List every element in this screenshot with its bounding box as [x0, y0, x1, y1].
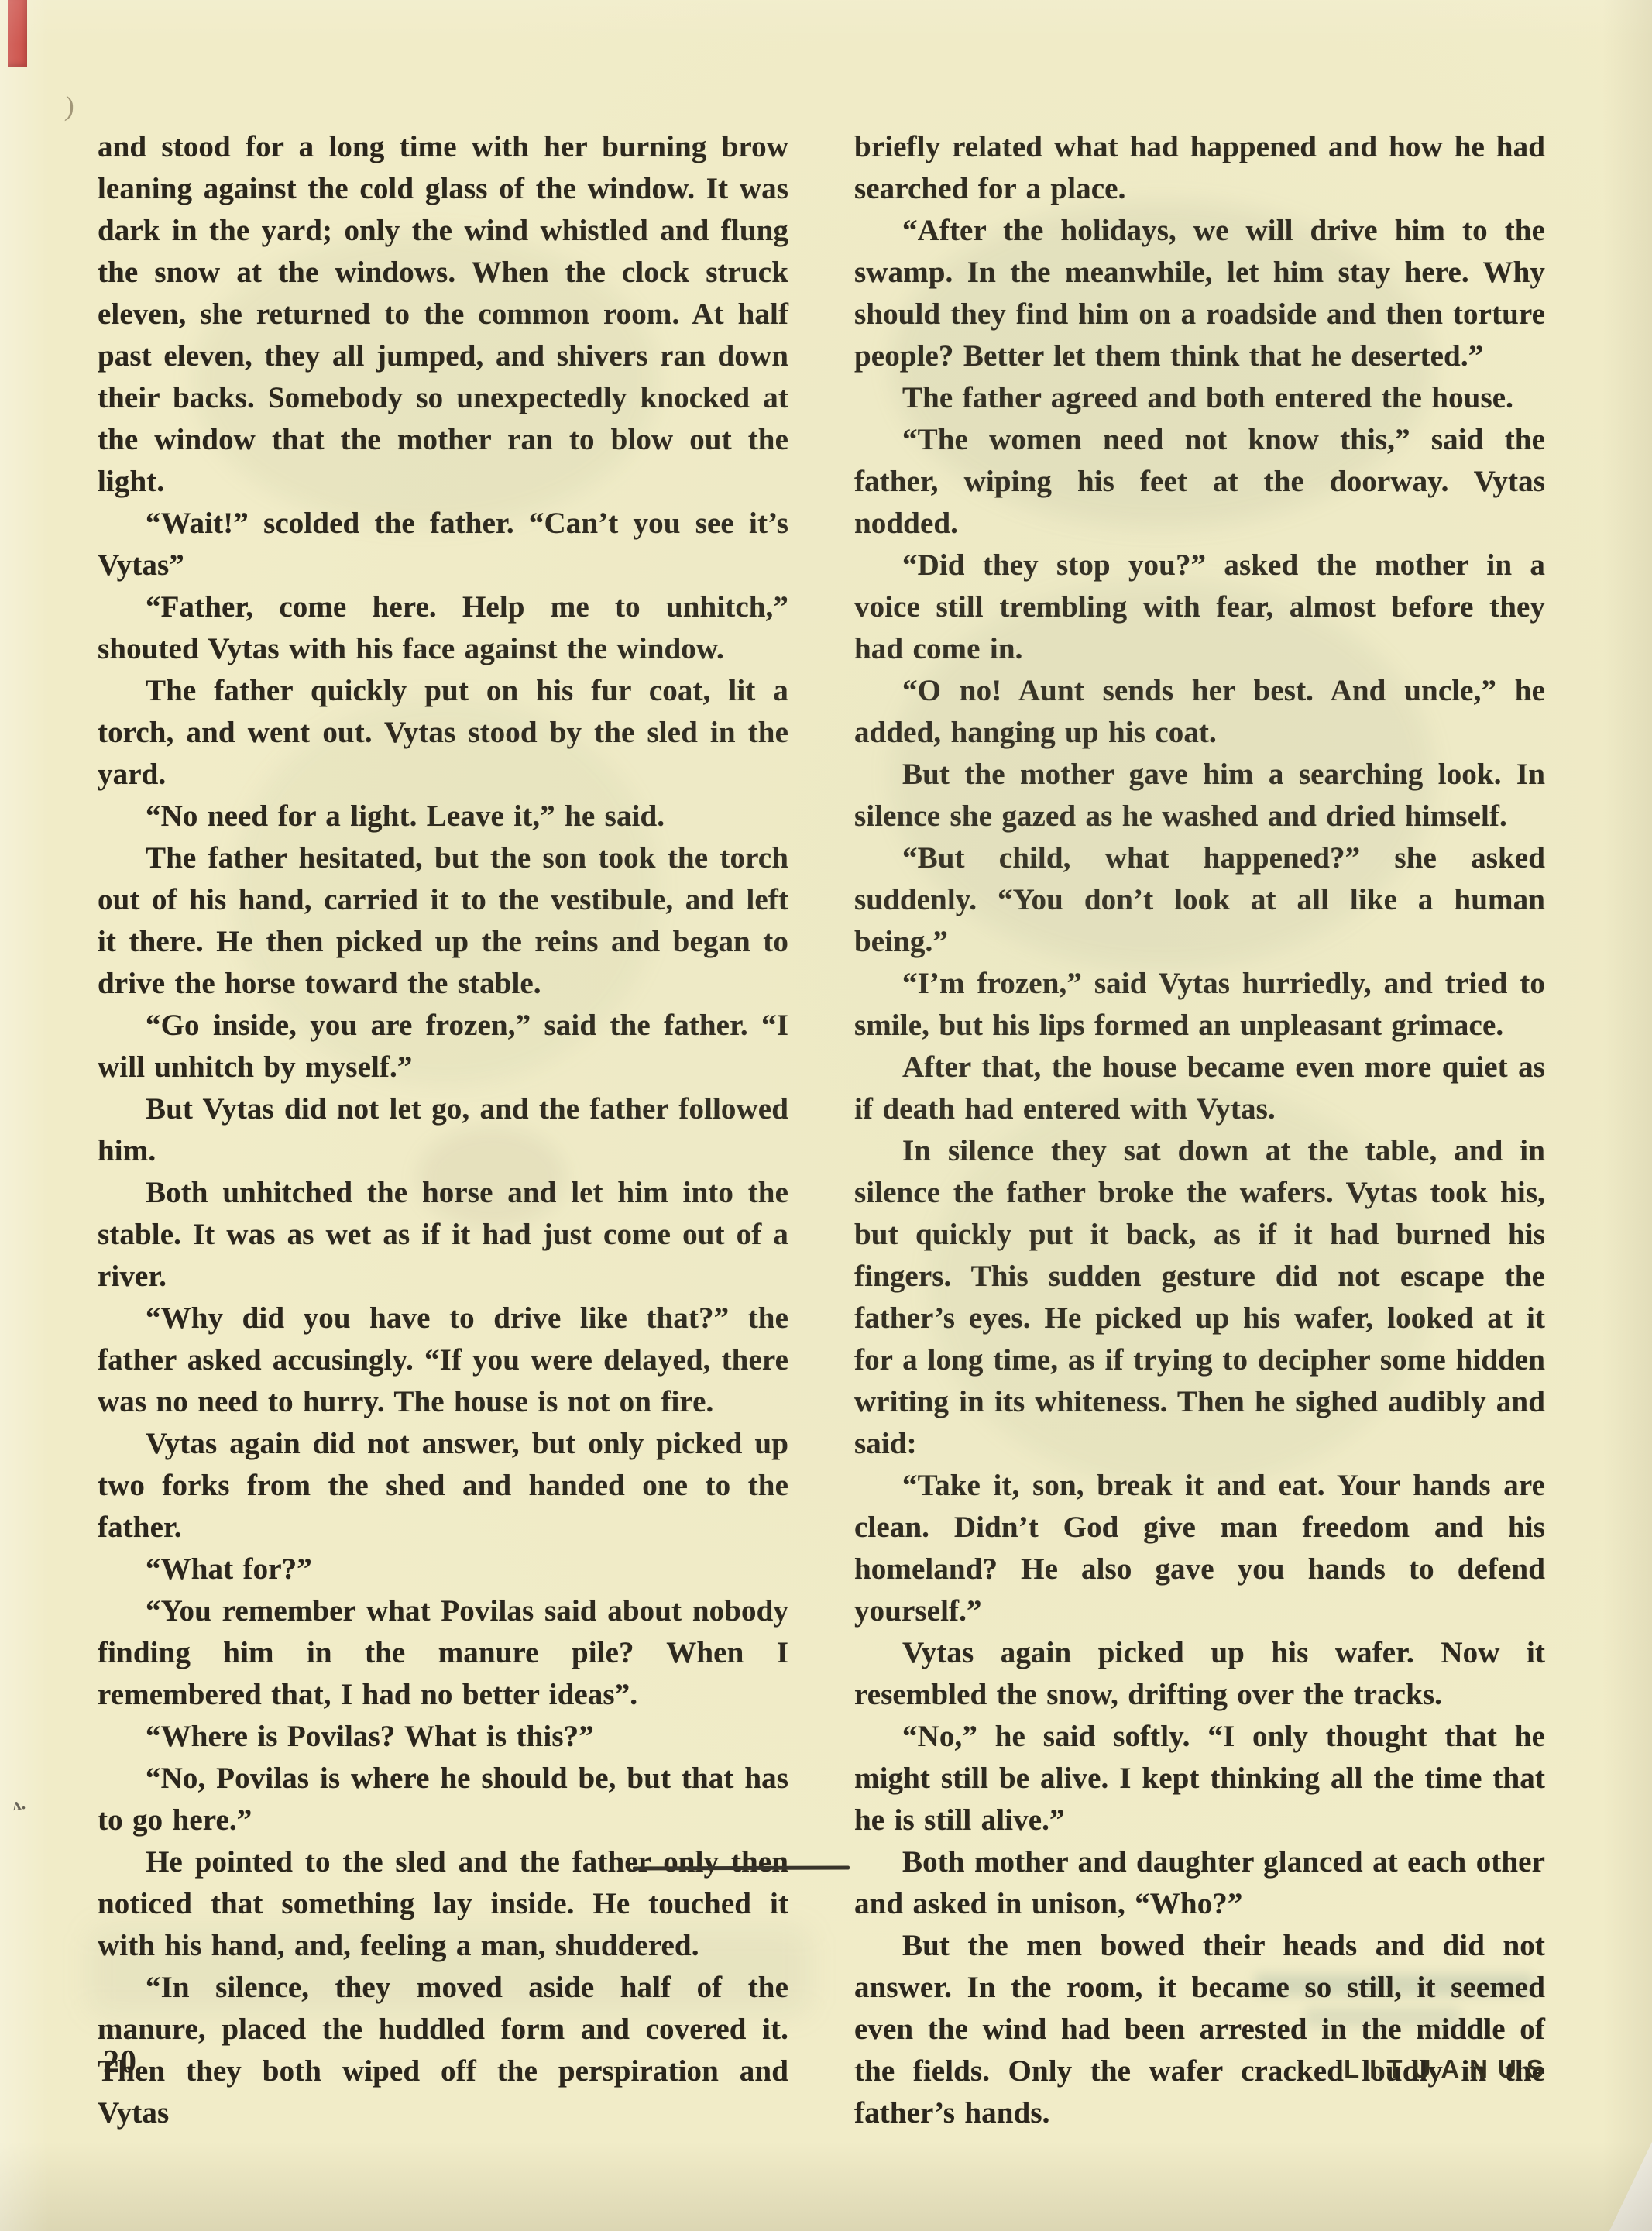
paragraph: The father hesitated, but the son took t… — [98, 837, 788, 1005]
paragraph: The father agreed and both entered the h… — [854, 377, 1545, 419]
paragraph: “Where is Povilas? What is this?” — [98, 1716, 788, 1758]
scanned-page: ) and stood for a long time with her bur… — [0, 0, 1652, 2231]
paragraph: “Go inside, you are frozen,” said the fa… — [98, 1005, 788, 1088]
paragraph: But Vytas did not let go, and the father… — [98, 1088, 788, 1172]
paragraph: The father quickly put on his fur coat, … — [98, 670, 788, 796]
section-divider-rule — [633, 1866, 850, 1871]
paragraph: “Why did you have to drive like that?” t… — [98, 1298, 788, 1423]
paragraph: “Did they stop you?” asked the mother in… — [854, 545, 1545, 670]
paragraph: “But child, what happened?” she asked su… — [854, 837, 1545, 963]
pen-mark: ) — [64, 90, 76, 123]
paragraph: “Take it, son, break it and eat. Your ha… — [854, 1465, 1545, 1632]
paragraph: Vytas again did not answer, but only pic… — [98, 1423, 788, 1549]
paragraph: “What for?” — [98, 1549, 788, 1590]
paragraph: He pointed to the sled and the father on… — [98, 1841, 788, 1967]
margin-stray-mark: ʌ. — [11, 1793, 26, 1815]
paragraph: But the men bowed their heads and did no… — [854, 1925, 1545, 2134]
paragraph: and stood for a long time with her burni… — [98, 126, 788, 503]
paragraph: “No,” he said softly. “I only thought th… — [854, 1716, 1545, 1841]
paragraph: But the mother gave him a searching look… — [854, 754, 1545, 837]
journal-title: LITUANUS — [1344, 2054, 1554, 2084]
paragraph: “Wait!” scolded the father. “Can’t you s… — [98, 503, 788, 586]
right-text-column: briefly related what had happened and ho… — [854, 126, 1545, 2134]
paragraph: briefly related what had happened and ho… — [854, 126, 1545, 210]
paragraph: “I’m frozen,” said Vytas hurriedly, and … — [854, 963, 1545, 1047]
paragraph: “After the holidays, we will drive him t… — [854, 210, 1545, 377]
paragraph: “You remember what Povilas said about no… — [98, 1590, 788, 1716]
paragraph: “The women need not know this,” said the… — [854, 419, 1545, 545]
paragraph: Both unhitched the horse and let him int… — [98, 1172, 788, 1298]
page-corner-tear — [1609, 2142, 1652, 2231]
paragraph: After that, the house became even more q… — [854, 1047, 1545, 1130]
left-text-column: and stood for a long time with her burni… — [98, 126, 788, 2134]
paragraph: Vytas again picked up his wafer. Now it … — [854, 1632, 1545, 1716]
paragraph: “No need for a light. Leave it,” he said… — [98, 796, 788, 837]
paragraph: In silence they sat down at the table, a… — [854, 1130, 1545, 1465]
paragraph: “No, Povilas is where he should be, but … — [98, 1758, 788, 1841]
paragraph: “Father, come here. Help me to unhitch,”… — [98, 586, 788, 670]
page-number: 20 — [103, 2044, 137, 2081]
red-bookmark-tab — [8, 0, 27, 67]
paragraph: “O no! Aunt sends her best. And uncle,” … — [854, 670, 1545, 754]
paragraph: “In silence, they moved aside half of th… — [98, 1967, 788, 2134]
paragraph: Both mother and daughter glanced at each… — [854, 1841, 1545, 1925]
